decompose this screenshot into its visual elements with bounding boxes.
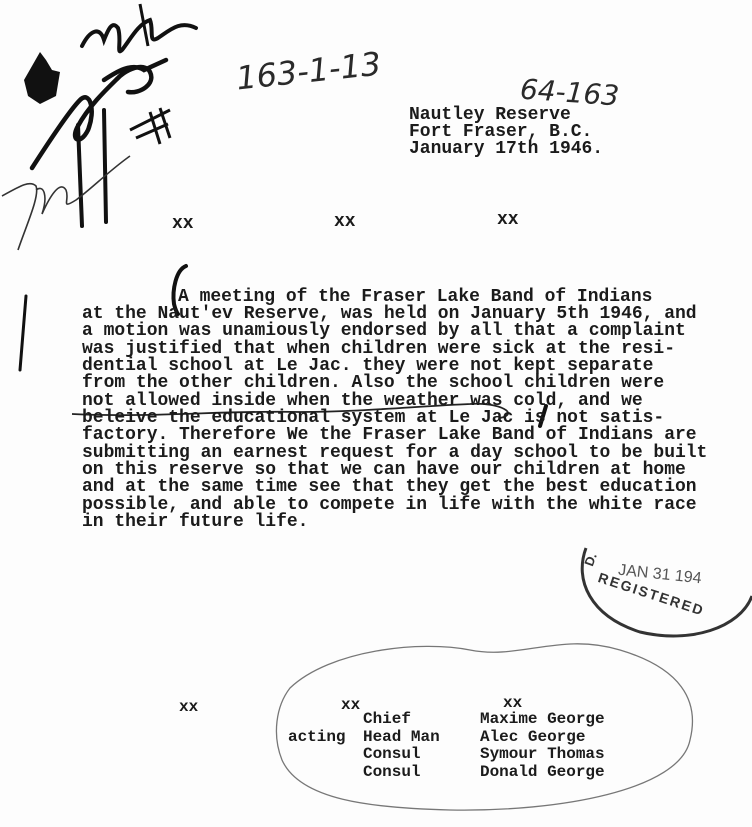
signatory-title: Consul (363, 746, 421, 763)
body-line: in their future life. (82, 514, 308, 531)
signatory-title: Chief (363, 711, 411, 728)
body-line: factory. Therefore We the Fraser Lake Ba… (82, 427, 697, 444)
address-line: January 17th 1946. (409, 141, 603, 158)
separator-mark: xx (172, 216, 194, 233)
body-line: from the other children. Also the school… (82, 375, 664, 392)
signatory-title: Consul (363, 764, 421, 781)
document-page: 163-1-13 64-163 Nautley Reserve Fort Fra… (0, 0, 752, 827)
signatory-qualifier: acting (288, 729, 346, 746)
separator-mark: xx (497, 212, 519, 229)
signature-mark: xx (341, 697, 360, 714)
signatory-name: Donald George (480, 764, 605, 781)
signatory-name: Alec George (480, 729, 585, 746)
signature-mark: xx (179, 699, 198, 716)
separator-mark: xx (334, 214, 356, 231)
body-line: a motion was unamiously endorsed by all … (82, 323, 686, 340)
body-line: and at the same time see that they get t… (82, 479, 697, 496)
signatory-name: Maxime George (480, 711, 605, 728)
signatory-title: Head Man (363, 729, 440, 746)
signatory-name: Symour Thomas (480, 746, 605, 763)
